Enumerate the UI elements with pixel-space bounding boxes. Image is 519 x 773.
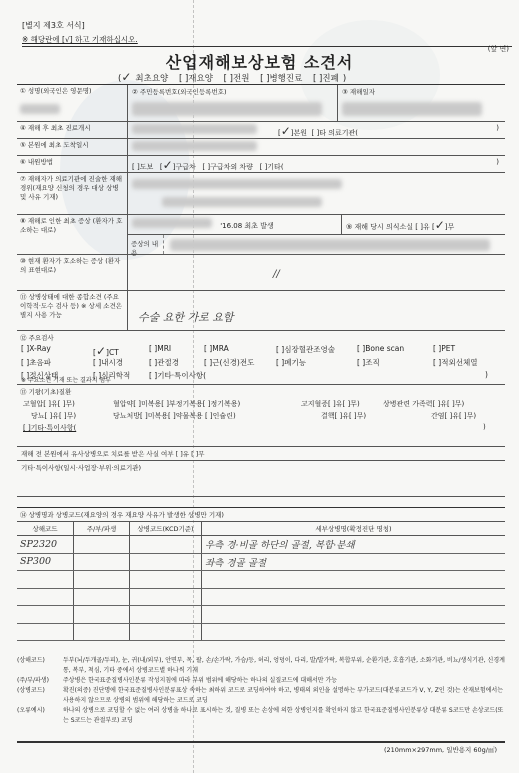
form-number: [별지 제3호 서식] (22, 20, 85, 31)
main-table: ① 성명(외국인은 영문명) ② 주민등록번호(외국인등록번호) ③ 재해일자 … (17, 84, 505, 641)
diagnosis-row (17, 571, 505, 589)
form-page: [별지 제3호 서식] ※ 해당란에 [√] 하고 기재하십시오. (앞 면) … (0, 0, 519, 773)
exam-pet[interactable]: [ ]PET (433, 344, 455, 353)
history-diabetes-treatment[interactable]: 당뇨처방[ ]미복용[ ]약물복용 [ ]인슐린) (113, 411, 236, 421)
exam-thermography[interactable]: [ ]적외선체열 (433, 357, 477, 368)
row-first-treatment: ④ 재해 후 최초 진료개시 [✓]본원 [ ]타 의료기관( ) (17, 122, 505, 139)
overall-findings-cell: 수술 요한 가로 요함 (128, 291, 505, 330)
symptom-onset-label: ⑧ 재해로 인한 최초 증상 (환자가 호소하는 대로) (17, 215, 128, 254)
onset-text: '16.08 최초 발생 (220, 222, 273, 230)
visit-method-cell: [ ]도보 [✓]구급차 [ ]구급차외 차량 [ ]기타( ) (128, 156, 505, 172)
history-hepatitis[interactable]: 간염[ ]유[ ]무) (431, 411, 476, 421)
history-hyperlipidemia[interactable]: 고지혈증[ ]유[ ]무) (301, 399, 360, 409)
exam-endoscopy[interactable]: [ ]내시경 (93, 357, 123, 368)
row-overall-findings: ⑪ 상병상태에 대한 종합소견 (주요 이학적·도수 검사 등) ※ 상세 소견… (17, 291, 505, 331)
symptom-content-redacted (170, 239, 490, 251)
current-complaint-label: ⑩ 현재 환자가 호소하는 증상 (환자의 표현대로) (17, 255, 128, 290)
history-hypertension[interactable]: 고혈압[ ]유[ ]무) (23, 399, 75, 409)
diagnosis-row: SP300 좌측 경골 골절 (17, 554, 505, 572)
row-identity: ① 성명(외국인은 영문명) ② 주민등록번호(외국인등록번호) ③ 재해일자 (17, 85, 505, 122)
request-type-reapply[interactable]: [ ]재요양 (179, 74, 217, 84)
accident-statement-redacted (132, 179, 342, 189)
exams-note: ※ 주요소견 기재 또는 결과지 첨부 (17, 375, 505, 385)
diagnosis-row (17, 624, 505, 642)
arrival-label: ⑤ 본원에 최초 도착일시 (17, 139, 128, 155)
diagnosis-row (17, 589, 505, 607)
other-notes: 기타·특이사항(일시·사업장·부위·의료기관) (17, 461, 505, 497)
first-treatment-redacted (132, 124, 257, 134)
request-type-concurrent[interactable]: [ ]병행진료 (260, 74, 306, 84)
accident-date-redacted (342, 102, 482, 116)
divider (17, 741, 505, 743)
resident-no-cell: ② 주민등록번호(외국인등록번호) (128, 85, 338, 121)
row-current-complaint: ⑩ 현재 환자가 호소하는 증상 (환자의 표현대로) // (17, 255, 505, 291)
history-tuberculosis[interactable]: 결핵[ ]유[ ]무) (321, 411, 366, 421)
history-diabetes[interactable]: 당뇨[ ]유[ ]무) (31, 411, 76, 421)
checkmark-icon: ✓ (96, 344, 106, 358)
option-ambulance[interactable]: [✓]구급차 (160, 163, 196, 171)
divider (22, 46, 512, 47)
instruction-text: ※ 해당란에 [√] 하고 기재하십시오. (22, 34, 138, 45)
first-treatment-cell: [✓]본원 [ ]타 의료기관( ) (128, 122, 505, 138)
row-history: ⑬ 기왕(기초)질환 고혈압[ ]유[ ]무) 혈압약[ ]미복용[ ]부정기복… (17, 385, 505, 447)
history-bp-medication[interactable]: 혈압약[ ]미복용[ ]부정기복용[ ]정기복용) (113, 399, 240, 409)
symptom-onset-cell: '16.08 최초 발생 ⑨ 재해 당시 의식소실 [ ]유 [✓]무 증상의 … (128, 215, 505, 254)
accident-statement-redacted (162, 197, 322, 207)
overall-findings-label: ⑪ 상병상태에 대한 종합소견 (주요 이학적·도수 검사 등) ※ 상세 소견… (17, 291, 128, 330)
exam-pulmonary[interactable]: [ ]폐기능 (276, 357, 306, 368)
consciousness-cell: ⑨ 재해 당시 의식소실 [ ]유 [✓]무 (342, 215, 505, 234)
exam-mri[interactable]: [ ]MRI (149, 344, 171, 353)
exam-angiography[interactable]: [ ]심장혈관조영술 (276, 344, 335, 355)
history-family[interactable]: 상병관련 가족력[ ]유[ ]무) (383, 399, 464, 409)
exam-ultrasound[interactable]: [ ]초음파 (21, 357, 51, 368)
request-type-transfer[interactable]: [ ]전원 (224, 74, 254, 84)
row-accident-statement: ⑦ 재해자가 의료기관에 진술한 재해경위(재요양 신청의 경우 대상 상병 및… (17, 173, 505, 215)
current-complaint-cell: // (128, 255, 505, 290)
row-visit-method: ⑥ 내원방법 [ ]도보 [✓]구급차 [ ]구급차외 차량 [ ]기타( ) (17, 156, 505, 173)
footnotes: (상해코드)두부(뇌/두개골/두피), 눈, 귀(내/외부), 안면부, 목, … (17, 656, 505, 726)
row-symptom-onset: ⑧ 재해로 인한 최초 증상 (환자가 호소하는 대로) '16.08 최초 발… (17, 215, 505, 255)
arrival-redacted (132, 141, 257, 151)
symptom-content-label: 증상의 내용 (128, 235, 164, 254)
row-arrival: ⑤ 본원에 최초 도착일시 (17, 139, 505, 156)
option-conscious-loss-yes[interactable]: [ ]유 (415, 223, 429, 231)
overall-findings-value: 수술 요한 가로 요함 (138, 309, 234, 325)
name-value-redacted (20, 104, 60, 114)
exam-ct[interactable]: [✓]CT (93, 344, 119, 358)
symptom-onset-redacted (132, 218, 212, 228)
checkmark-icon: ✓ (435, 218, 445, 232)
history-other[interactable]: [ ]기타·특이사항( (23, 423, 76, 433)
diagnosis-label: ⑭ 상병명과 상병코드(재요양의 경우 재요양 사유가 발생한 상병만 기재) (17, 508, 505, 522)
exam-mra[interactable]: [ ]MRA (204, 344, 229, 353)
checkmark-icon: ✓ (163, 158, 173, 172)
current-complaint-value: // (273, 269, 280, 280)
resident-no-redacted (132, 102, 322, 116)
request-type-initial[interactable]: (✓최초요양 (118, 74, 172, 84)
diagnosis-row: SP2320 우측 경·비골 하단의 골절, 복합·분쇄 (17, 536, 505, 554)
option-walk[interactable]: [ ]도보 (132, 163, 153, 171)
request-type-options: (✓최초요양 [ ]재요양 [ ]전원 [ ]병행진료 [ ]진폐) (118, 70, 350, 84)
option-other[interactable]: [ ]기타( (260, 163, 284, 171)
exam-bone-scan[interactable]: [ ]Bone scan (357, 344, 404, 353)
option-conscious-loss-no[interactable]: [✓]무 (432, 223, 454, 231)
option-this-hospital[interactable]: [✓]본원 (278, 129, 307, 137)
accident-statement-label: ⑦ 재해자가 의료기관에 진술한 재해경위(재요양 신청의 경우 대상 상병 및… (17, 173, 128, 214)
history-label: ⑬ 기왕(기초)질환 (17, 385, 505, 398)
exam-emg[interactable]: [ ]근(신경)전도 (204, 357, 254, 368)
first-treatment-options: [✓]본원 [ ]타 의료기관( (278, 124, 358, 138)
arrival-cell (128, 139, 505, 155)
visit-method-label: ⑥ 내원방법 (17, 156, 128, 172)
diagnosis-section: ⑭ 상병명과 상병코드(재요양의 경우 재요양 사유가 발생한 상병만 기재) … (17, 507, 505, 641)
accident-statement-cell (128, 173, 505, 214)
diagnosis-header: 상해코드 주/부/파생 상병코드(KCD기준) 세부상병명(확정진단 명칭) (17, 522, 505, 536)
paper-size: (210mm×297mm, 일반용지 60g/㎡) (384, 745, 497, 754)
option-other-vehicle[interactable]: [ ]구급차외 차량 (202, 163, 253, 171)
checkmark-icon: ✓ (281, 124, 291, 138)
name-label: ① 성명(외국인은 영문명) (17, 85, 128, 121)
diagnosis-row (17, 606, 505, 624)
checkmark-icon: ✓ (121, 70, 131, 84)
exam-xray[interactable]: [ ]X-Ray (21, 344, 51, 353)
request-type-pneumoconiosis[interactable]: [ ]진폐) (313, 74, 346, 84)
exam-arthroscopy[interactable]: [ ]관절경 (149, 357, 179, 368)
exam-biopsy[interactable]: [ ]조직 (357, 357, 380, 368)
prior-treatment[interactable]: 재해 전 본원에서 유사상병으로 치료를 받은 사실 여부 [ ]유 [ ]무 (17, 447, 505, 461)
exams-label: ⑫ 주요검사 (17, 331, 505, 344)
option-other-hospital[interactable]: [ ]타 의료기관( (312, 129, 358, 137)
first-treatment-label: ④ 재해 후 최초 진료개시 (17, 122, 128, 138)
accident-date-cell: ③ 재해일자 (338, 85, 505, 121)
